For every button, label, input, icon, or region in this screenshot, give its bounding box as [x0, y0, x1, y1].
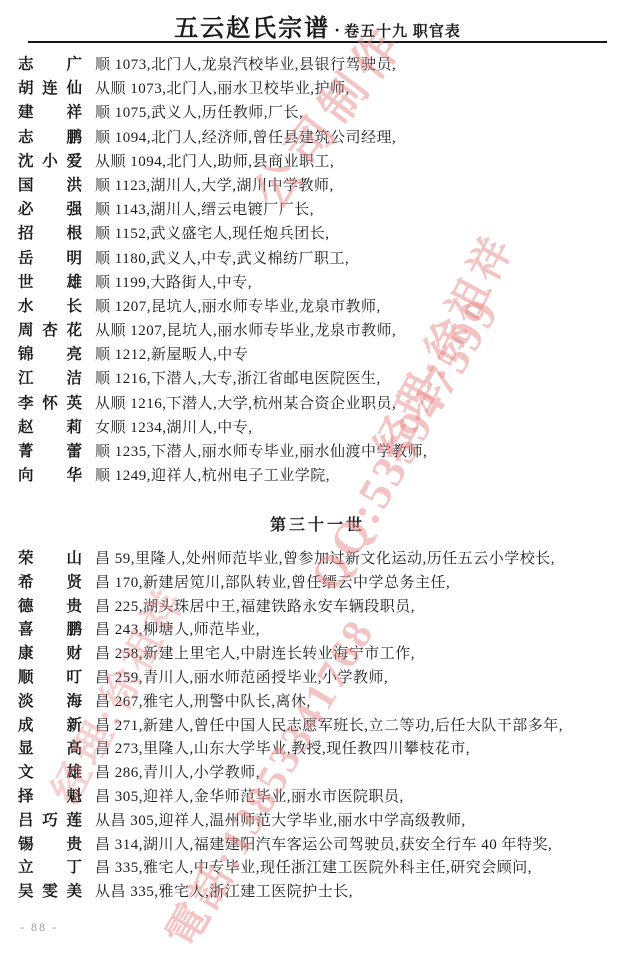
person-desc: 昌 258,新建上里宅人,中尉连长转业海宁市工作,: [95, 643, 415, 665]
person-desc: 从顺 1073,北门人,丽水卫校毕业,护师,: [95, 78, 350, 100]
person-desc: 昌 225,湖头珠居中王,福建铁路永安车辆段职员,: [95, 596, 415, 618]
person-name: 江洁: [18, 368, 82, 390]
person-name: 世雄: [18, 272, 82, 294]
person-desc: 昌 170,新建居笕川,部队转业,曾任缙云中学总务主任,: [95, 572, 450, 594]
book-title: 五云赵氏宗谱: [174, 16, 330, 42]
person-desc: 顺 1094,北门人,经济师,曾任县建筑公司经理,: [95, 127, 396, 149]
title-separator: ·: [334, 20, 340, 40]
person-desc: 顺 1180,武义人,中专,武义棉纺厂职工,: [95, 248, 349, 270]
table-row: 沈小爱 从顺 1094,北门人,助师,县商业职工,: [18, 151, 625, 175]
table-row: 菁蕾 顺 1235,下潜人,丽水师专毕业,丽水仙渡中学教师,: [18, 441, 625, 465]
table-row: 荣山 昌 59,里隆人,处州师范毕业,曾参加过新文化运动,历任五云小学校长,: [18, 548, 625, 572]
table-row: 水长 顺 1207,昆坑人,丽水师专毕业,龙泉市教师,: [18, 296, 625, 320]
table-row: 成新 昌 271,新建人,曾任中国人民志愿军班长,立二等功,后任大队干部多年,: [18, 715, 625, 739]
person-desc: 顺 1152,武义盛宅人,现任炮兵团长,: [95, 223, 329, 245]
person-name: 荣山: [18, 548, 82, 570]
person-desc: 从顺 1207,昆坑人,丽水师专毕业,龙泉市教师,: [95, 320, 396, 342]
table-row: 锦亮 顺 1212,新屋畈人,中专: [18, 344, 625, 368]
person-name: 建祥: [18, 102, 82, 124]
person-name: 招根: [18, 223, 82, 245]
table-row: 锡贵 昌 314,湖川人,福建建阳汽车客运公司驾驶员,获安全行车 40 年特奖,: [18, 834, 625, 858]
person-desc: 从顺 1094,北门人,助师,县商业职工,: [95, 151, 334, 173]
table-row: 李怀英 从顺 1216,下潜人,大学,杭州某合资企业职员,: [18, 393, 625, 417]
table-row: 顺叮 昌 259,青川人,丽水师范函授毕业,小学教师,: [18, 667, 625, 691]
table-row: 志广 顺 1073,北门人,龙泉汽校毕业,县银行驾驶员,: [18, 54, 625, 78]
person-name: 志广: [18, 54, 82, 76]
table-row: 淡海 昌 267,雅宅人,刑警中队长,离休,: [18, 691, 625, 715]
header-rule: [28, 41, 607, 43]
table-row: 世雄 顺 1199,大路街人,中专,: [18, 272, 625, 296]
page-header: 五云赵氏宗谱·卷五十九 职官表: [0, 8, 635, 43]
person-desc: 昌 305,迎祥人,金华师范毕业,丽水市医院职员,: [95, 786, 404, 808]
person-name: 向华: [18, 465, 82, 487]
person-name: 周杏花: [18, 320, 82, 342]
person-desc: 顺 1216,下潜人,大专,浙江省邮电医院医生,: [95, 368, 381, 390]
table-row: 喜鹏 昌 243,柳塘人,师范毕业,: [18, 619, 625, 643]
person-desc: 顺 1073,北门人,龙泉汽校毕业,县银行驾驶员,: [95, 54, 396, 76]
person-desc: 顺 1143,湖川人,缙云电镀厂厂长,: [95, 199, 314, 221]
person-desc: 昌 259,青川人,丽水师范函授毕业,小学教师,: [95, 667, 388, 689]
table-row: 向华 顺 1249,迎祥人,杭州电子工业学院,: [18, 465, 625, 489]
person-name: 吴雯美: [18, 881, 82, 903]
table-row: 志鹏 顺 1094,北门人,经济师,曾任县建筑公司经理,: [18, 127, 625, 151]
person-desc: 顺 1123,湖川人,大学,湖川中学教师,: [95, 175, 334, 197]
table-row: 吴雯美 从昌 335,雅宅人,浙江建工医院护士长,: [18, 881, 625, 905]
person-name: 菁蕾: [18, 441, 82, 463]
table-row: 江洁 顺 1216,下潜人,大专,浙江省邮电医院医生,: [18, 368, 625, 392]
table-row: 吕巧莲 从昌 305,迎祥人,温州师范大学毕业,丽水中学高级教师,: [18, 810, 625, 834]
table-row: 岳明 顺 1180,武义人,中专,武义棉纺厂职工,: [18, 248, 625, 272]
person-name: 喜鹏: [18, 619, 82, 641]
table-row: 建祥 顺 1075,武义人,历任教师,厂长,: [18, 102, 625, 126]
person-name: 立丁: [18, 857, 82, 879]
person-desc: 昌 243,柳塘人,师范毕业,: [95, 619, 260, 641]
person-name: 康财: [18, 643, 82, 665]
table-row: 显高 昌 273,里隆人,山东大学毕业,教授,现任教四川攀枝花市,: [18, 738, 625, 762]
generation-heading: 第三十一世: [0, 512, 635, 535]
table-row: 招根 顺 1152,武义盛宅人,现任炮兵团长,: [18, 223, 625, 247]
table-row: 国洪 顺 1123,湖川人,大学,湖川中学教师,: [18, 175, 625, 199]
person-desc: 女顺 1234,湖川人,中专,: [95, 417, 253, 439]
person-name: 吕巧莲: [18, 810, 82, 832]
table-row: 必强 顺 1143,湖川人,缙云电镀厂厂长,: [18, 199, 625, 223]
person-name: 顺叮: [18, 667, 82, 689]
table-row: 希贤 昌 170,新建居笕川,部队转业,曾任缙云中学总务主任,: [18, 572, 625, 596]
person-desc: 顺 1249,迎祥人,杭州电子工业学院,: [95, 465, 330, 487]
person-desc: 昌 335,雅宅人,中专毕业,现任浙江建工医院外科主任,研究会顾问,: [95, 857, 532, 879]
person-name: 水长: [18, 296, 82, 318]
person-desc: 顺 1075,武义人,历任教师,厂长,: [95, 102, 303, 124]
person-name: 锡贵: [18, 834, 82, 856]
entries-section-2: 荣山 昌 59,里隆人,处州师范毕业,曾参加过新文化运动,历任五云小学校长, 希…: [18, 548, 625, 905]
genealogy-page: 五云赵氏宗谱·卷五十九 职官表 志广 顺 1073,北门人,龙泉汽校毕业,县银行…: [0, 0, 635, 957]
table-row: 文雄 昌 286,青川人,小学教师,: [18, 762, 625, 786]
person-desc: 昌 286,青川人,小学教师,: [95, 762, 260, 784]
person-desc: 从昌 335,雅宅人,浙江建工医院护士长,: [95, 881, 353, 903]
person-name: 岳明: [18, 248, 82, 270]
person-name: 成新: [18, 715, 82, 737]
person-desc: 从昌 305,迎祥人,温州师范大学毕业,丽水中学高级教师,: [95, 810, 466, 832]
person-name: 文雄: [18, 762, 82, 784]
person-name: 显高: [18, 738, 82, 760]
table-row: 胡连仙 从顺 1073,北门人,丽水卫校毕业,护师,: [18, 78, 625, 102]
person-name: 希贤: [18, 572, 82, 594]
table-row: 赵莉 女顺 1234,湖川人,中专,: [18, 417, 625, 441]
person-name: 择魁: [18, 786, 82, 808]
entries-section-1: 志广 顺 1073,北门人,龙泉汽校毕业,县银行驾驶员, 胡连仙 从顺 1073…: [18, 54, 625, 489]
person-name: 志鹏: [18, 127, 82, 149]
volume-subtitle: 卷五十九 职官表: [344, 24, 461, 40]
person-desc: 顺 1212,新屋畈人,中专: [95, 344, 248, 366]
table-row: 德贵 昌 225,湖头珠居中王,福建铁路永安车辆段职员,: [18, 596, 625, 620]
person-name: 沈小爱: [18, 151, 82, 173]
person-name: 胡连仙: [18, 78, 82, 100]
person-desc: 顺 1207,昆坑人,丽水师专毕业,龙泉市教师,: [95, 296, 381, 318]
person-desc: 昌 314,湖川人,福建建阳汽车客运公司驾驶员,获安全行车 40 年特奖,: [95, 834, 552, 856]
person-name: 国洪: [18, 175, 82, 197]
table-row: 康财 昌 258,新建上里宅人,中尉连长转业海宁市工作,: [18, 643, 625, 667]
table-row: 择魁 昌 305,迎祥人,金华师范毕业,丽水市医院职员,: [18, 786, 625, 810]
person-desc: 昌 267,雅宅人,刑警中队长,离休,: [95, 691, 311, 713]
table-row: 周杏花 从顺 1207,昆坑人,丽水师专毕业,龙泉市教师,: [18, 320, 625, 344]
person-name: 淡海: [18, 691, 82, 713]
person-desc: 昌 271,新建人,曾任中国人民志愿军班长,立二等功,后任大队干部多年,: [95, 715, 563, 737]
person-desc: 顺 1199,大路街人,中专,: [95, 272, 252, 294]
person-name: 锦亮: [18, 344, 82, 366]
person-desc: 从顺 1216,下潜人,大学,杭州某合资企业职员,: [95, 393, 396, 415]
person-name: 德贵: [18, 596, 82, 618]
person-desc: 顺 1235,下潜人,丽水师专毕业,丽水仙渡中学教师,: [95, 441, 427, 463]
person-name: 李怀英: [18, 393, 82, 415]
person-name: 必强: [18, 199, 82, 221]
person-name: 赵莉: [18, 417, 82, 439]
table-row: 立丁 昌 335,雅宅人,中专毕业,现任浙江建工医院外科主任,研究会顾问,: [18, 857, 625, 881]
person-desc: 昌 273,里隆人,山东大学毕业,教授,现任教四川攀枝花市,: [95, 738, 470, 760]
person-desc: 昌 59,里隆人,处州师范毕业,曾参加过新文化运动,历任五云小学校长,: [95, 548, 555, 570]
page-number: - 88 -: [20, 920, 58, 935]
